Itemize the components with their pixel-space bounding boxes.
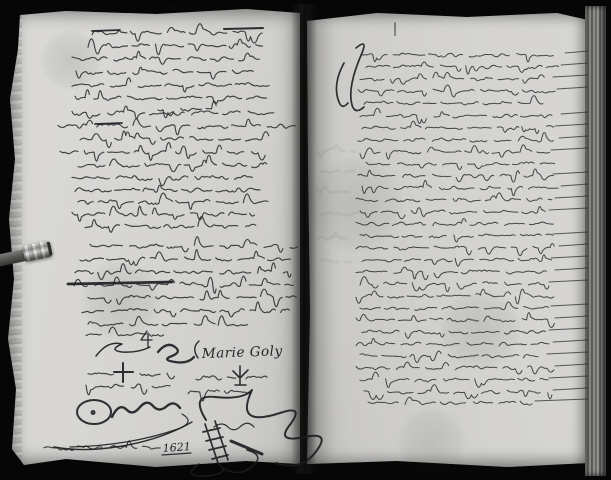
page-stain — [440, 290, 520, 370]
book-fore-edge-leaves — [585, 6, 606, 476]
manuscript-scan: Marie Goly 1621 — [0, 0, 611, 480]
page-stain — [40, 30, 100, 90]
ink-speck — [394, 22, 396, 36]
ink-speck — [172, 6, 176, 10]
page-stain — [398, 408, 466, 476]
book-gutter-crease — [303, 6, 305, 472]
page-stain — [307, 157, 403, 253]
page-stain — [80, 260, 160, 340]
